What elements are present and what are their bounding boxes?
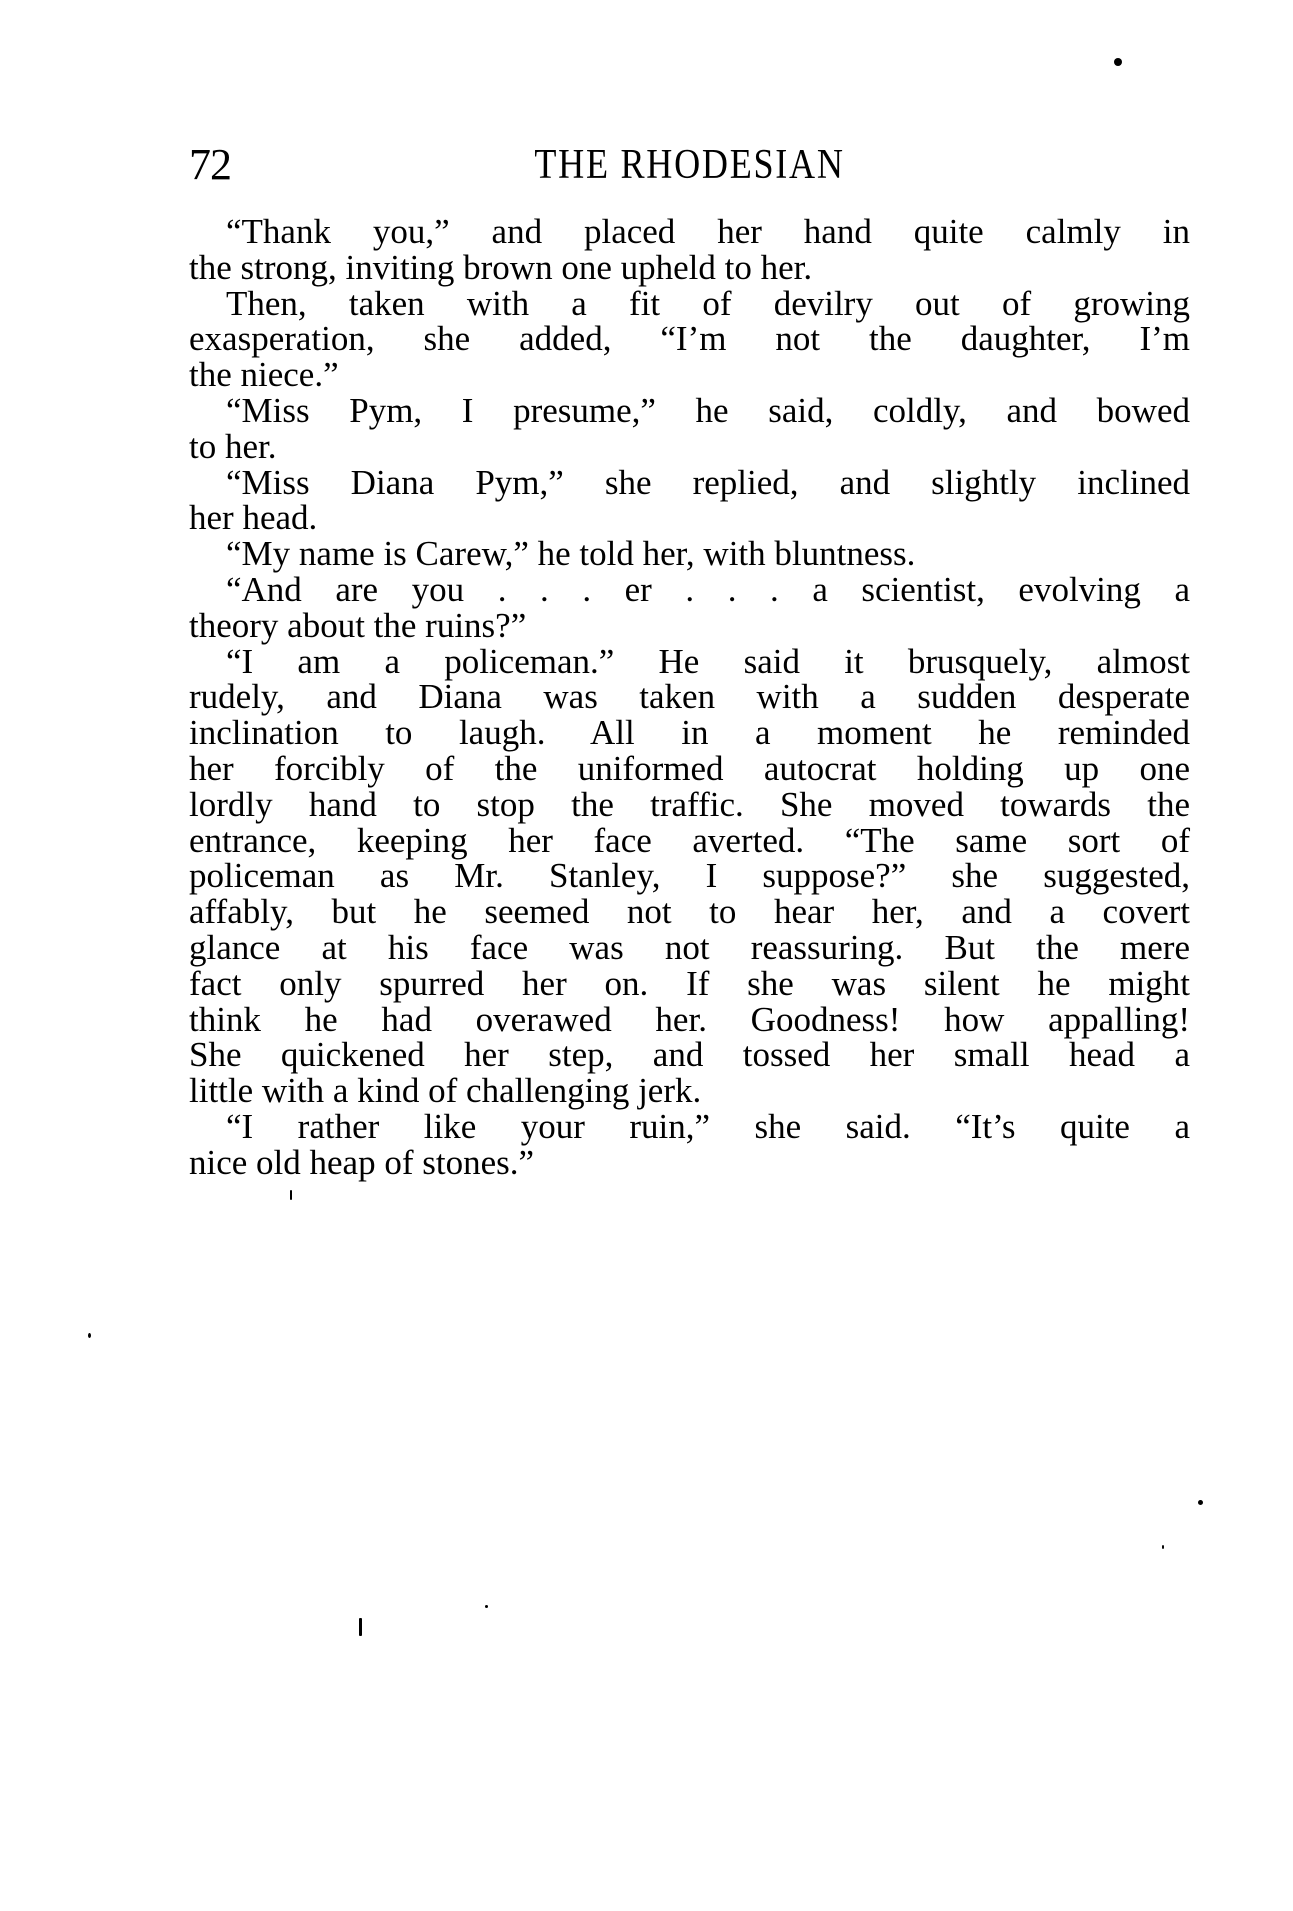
scan-speck	[1198, 1500, 1203, 1505]
book-page: 72 THE RHODESIAN “Thank you,” and placed…	[0, 0, 1293, 1911]
scan-speck	[485, 1605, 488, 1608]
text-line: affably, but he seemed not to hear her, …	[189, 894, 1190, 930]
body-text: “Thank you,” and placed her hand quite c…	[189, 214, 1190, 1181]
page-number: 72	[189, 140, 231, 190]
text-line: her forcibly of the uniformed autocrat h…	[189, 751, 1190, 787]
scan-speck	[1114, 58, 1122, 66]
text-line: “I rather like your ruin,” she said. “It…	[189, 1109, 1190, 1145]
text-line: fact only spurred her on. If she was sil…	[189, 966, 1190, 1002]
text-line: Then, taken with a fit of devilry out of…	[189, 286, 1190, 322]
text-line: the niece.”	[189, 357, 1190, 393]
text-line: inclination to laugh. All in a moment he…	[189, 715, 1190, 751]
text-line: “My name is Carew,” he told her, with bl…	[189, 536, 1190, 572]
text-line: She quickened her step, and tossed her s…	[189, 1037, 1190, 1073]
scan-speck	[1162, 1545, 1164, 1549]
running-title: THE RHODESIAN	[259, 140, 1120, 190]
text-line: policeman as Mr. Stanley, I suppose?” sh…	[189, 858, 1190, 894]
text-line: exasperation, she added, “I’m not the da…	[189, 321, 1190, 357]
text-line: “Thank you,” and placed her hand quite c…	[189, 214, 1190, 250]
text-line: her head.	[189, 500, 1190, 536]
text-line: the strong, inviting brown one upheld to…	[189, 250, 1190, 286]
text-line: glance at his face was not reassuring. B…	[189, 930, 1190, 966]
text-line: think he had overawed her. Goodness! how…	[189, 1002, 1190, 1038]
text-line: to her.	[189, 429, 1190, 465]
text-line: rudely, and Diana was taken with a sudde…	[189, 679, 1190, 715]
text-line: little with a kind of challenging jerk.	[189, 1073, 1190, 1109]
text-line: “I am a policeman.” He said it brusquely…	[189, 644, 1190, 680]
scan-speck	[290, 1190, 292, 1200]
running-head: 72 THE RHODESIAN	[189, 140, 1190, 190]
scan-speck	[88, 1333, 91, 1338]
text-line: lordly hand to stop the traffic. She mov…	[189, 787, 1190, 823]
text-line: “And are you . . . er . . . a scientist,…	[189, 572, 1190, 608]
text-line: nice old heap of stones.”	[189, 1145, 1190, 1181]
scan-speck	[359, 1618, 362, 1636]
text-line: entrance, keeping her face averted. “The…	[189, 823, 1190, 859]
text-line: “Miss Diana Pym,” she replied, and sligh…	[189, 465, 1190, 501]
text-line: theory about the ruins?”	[189, 608, 1190, 644]
text-line: “Miss Pym, I presume,” he said, coldly, …	[189, 393, 1190, 429]
